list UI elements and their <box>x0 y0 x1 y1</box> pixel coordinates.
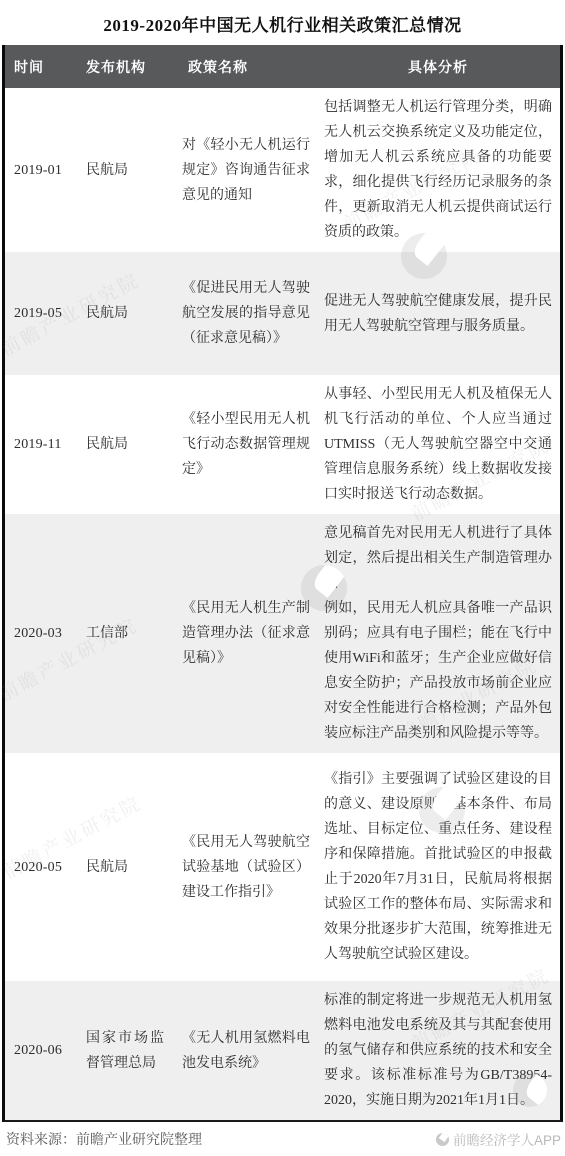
cell-date: 2019-05 <box>5 252 80 375</box>
table-row: 2020-03 工信部 《民用无人机生产制造管理办法（征求意见稿）》 意见稿首先… <box>5 514 560 753</box>
policy-summary-page: 2019-2020年中国无人机行业相关政策汇总情况 前瞻产业研究院 前瞻产业研究… <box>0 0 565 1156</box>
cell-analysis: 意见稿首先对民用无人机进行了具体划定，然后提出相关生产制造管理办法 例如，民用无… <box>316 514 560 753</box>
cell-policy: 《无人机用氢燃料电池发电系统》 <box>178 981 316 1120</box>
table-row: 2019-05 民航局 《促进民用无人驾驶航空发展的指导意见（征求意见稿）》 促… <box>5 252 560 375</box>
app-watermark: 前瞻经济学人APP <box>436 1129 561 1149</box>
table-row: 2019-01 民航局 对《轻小无人机运行规定》咨询通告征求意见的通知 包括调整… <box>5 88 560 252</box>
header-analysis: 具体分析 <box>316 45 560 88</box>
cell-policy: 《民用无人驾驶航空试验基地（试验区）建设工作指引》 <box>178 753 316 981</box>
cell-analysis: 包括调整无人机运行管理分类，明确无人机云交换系统定义及功能定位，增加无人机云系统… <box>316 88 560 252</box>
cell-agency: 民航局 <box>80 88 178 252</box>
header-agency: 发布机构 <box>80 45 178 88</box>
policy-table-container: 前瞻产业研究院 前瞻产业研究院 前瞻产业研究院 前瞻产业研究院 前瞻产业研究院 … <box>2 45 563 1122</box>
data-source-label: 资料来源：前瞻产业研究院整理 <box>6 1129 202 1149</box>
qianzhan-app-logo-icon <box>436 1133 449 1146</box>
cell-date: 2020-03 <box>5 514 80 753</box>
page-title: 2019-2020年中国无人机行业相关政策汇总情况 <box>0 0 565 45</box>
table-header: 时间 发布机构 政策名称 具体分析 <box>5 45 560 88</box>
footer: 资料来源：前瞻产业研究院整理 前瞻经济学人APP <box>0 1122 565 1156</box>
cell-date: 2019-11 <box>5 375 80 514</box>
cell-analysis: 从事轻、小型民用无人机及植保无人机飞行活动的单位、个人应当通过UTMISS（无人… <box>316 375 560 514</box>
table-row: 2020-06 国家市场监督管理总局 《无人机用氢燃料电池发电系统》 标准的制定… <box>5 981 560 1120</box>
table-row: 2020-05 民航局 《民用无人驾驶航空试验基地（试验区）建设工作指引》 《指… <box>5 753 560 981</box>
cell-agency: 民航局 <box>80 252 178 375</box>
cell-analysis: 标准的制定将进一步规范无人机用氢燃料电池发电系统及其与其配套使用的氢气储存和供应… <box>316 981 560 1120</box>
cell-policy: 《民用无人机生产制造管理办法（征求意见稿）》 <box>178 514 316 753</box>
header-policy-name: 政策名称 <box>178 45 316 88</box>
cell-analysis: 《指引》主要强调了试验区建设的目的意义、建设原则、基本条件、布局选址、目标定位、… <box>316 753 560 981</box>
cell-policy: 《促进民用无人驾驶航空发展的指导意见（征求意见稿）》 <box>178 252 316 375</box>
cell-date: 2020-05 <box>5 753 80 981</box>
cell-analysis: 促进无人驾驶航空健康发展，提升民用无人驾驶航空管理与服务质量。 <box>316 252 560 375</box>
cell-agency: 民航局 <box>80 375 178 514</box>
cell-agency: 民航局 <box>80 753 178 981</box>
cell-date: 2019-01 <box>5 88 80 252</box>
header-time: 时间 <box>5 45 80 88</box>
cell-policy: 《轻小型民用无人机飞行动态数据管理规定》 <box>178 375 316 514</box>
cell-policy: 对《轻小无人机运行规定》咨询通告征求意见的通知 <box>178 88 316 252</box>
cell-agency: 国家市场监督管理总局 <box>80 981 178 1120</box>
policy-table: 时间 发布机构 政策名称 具体分析 2019-01 民航局 对《轻小无人机运行规… <box>5 45 560 1120</box>
app-watermark-label: 前瞻经济学人APP <box>453 1129 561 1149</box>
cell-agency: 工信部 <box>80 514 178 753</box>
table-row: 2019-11 民航局 《轻小型民用无人机飞行动态数据管理规定》 从事轻、小型民… <box>5 375 560 514</box>
cell-date: 2020-06 <box>5 981 80 1120</box>
